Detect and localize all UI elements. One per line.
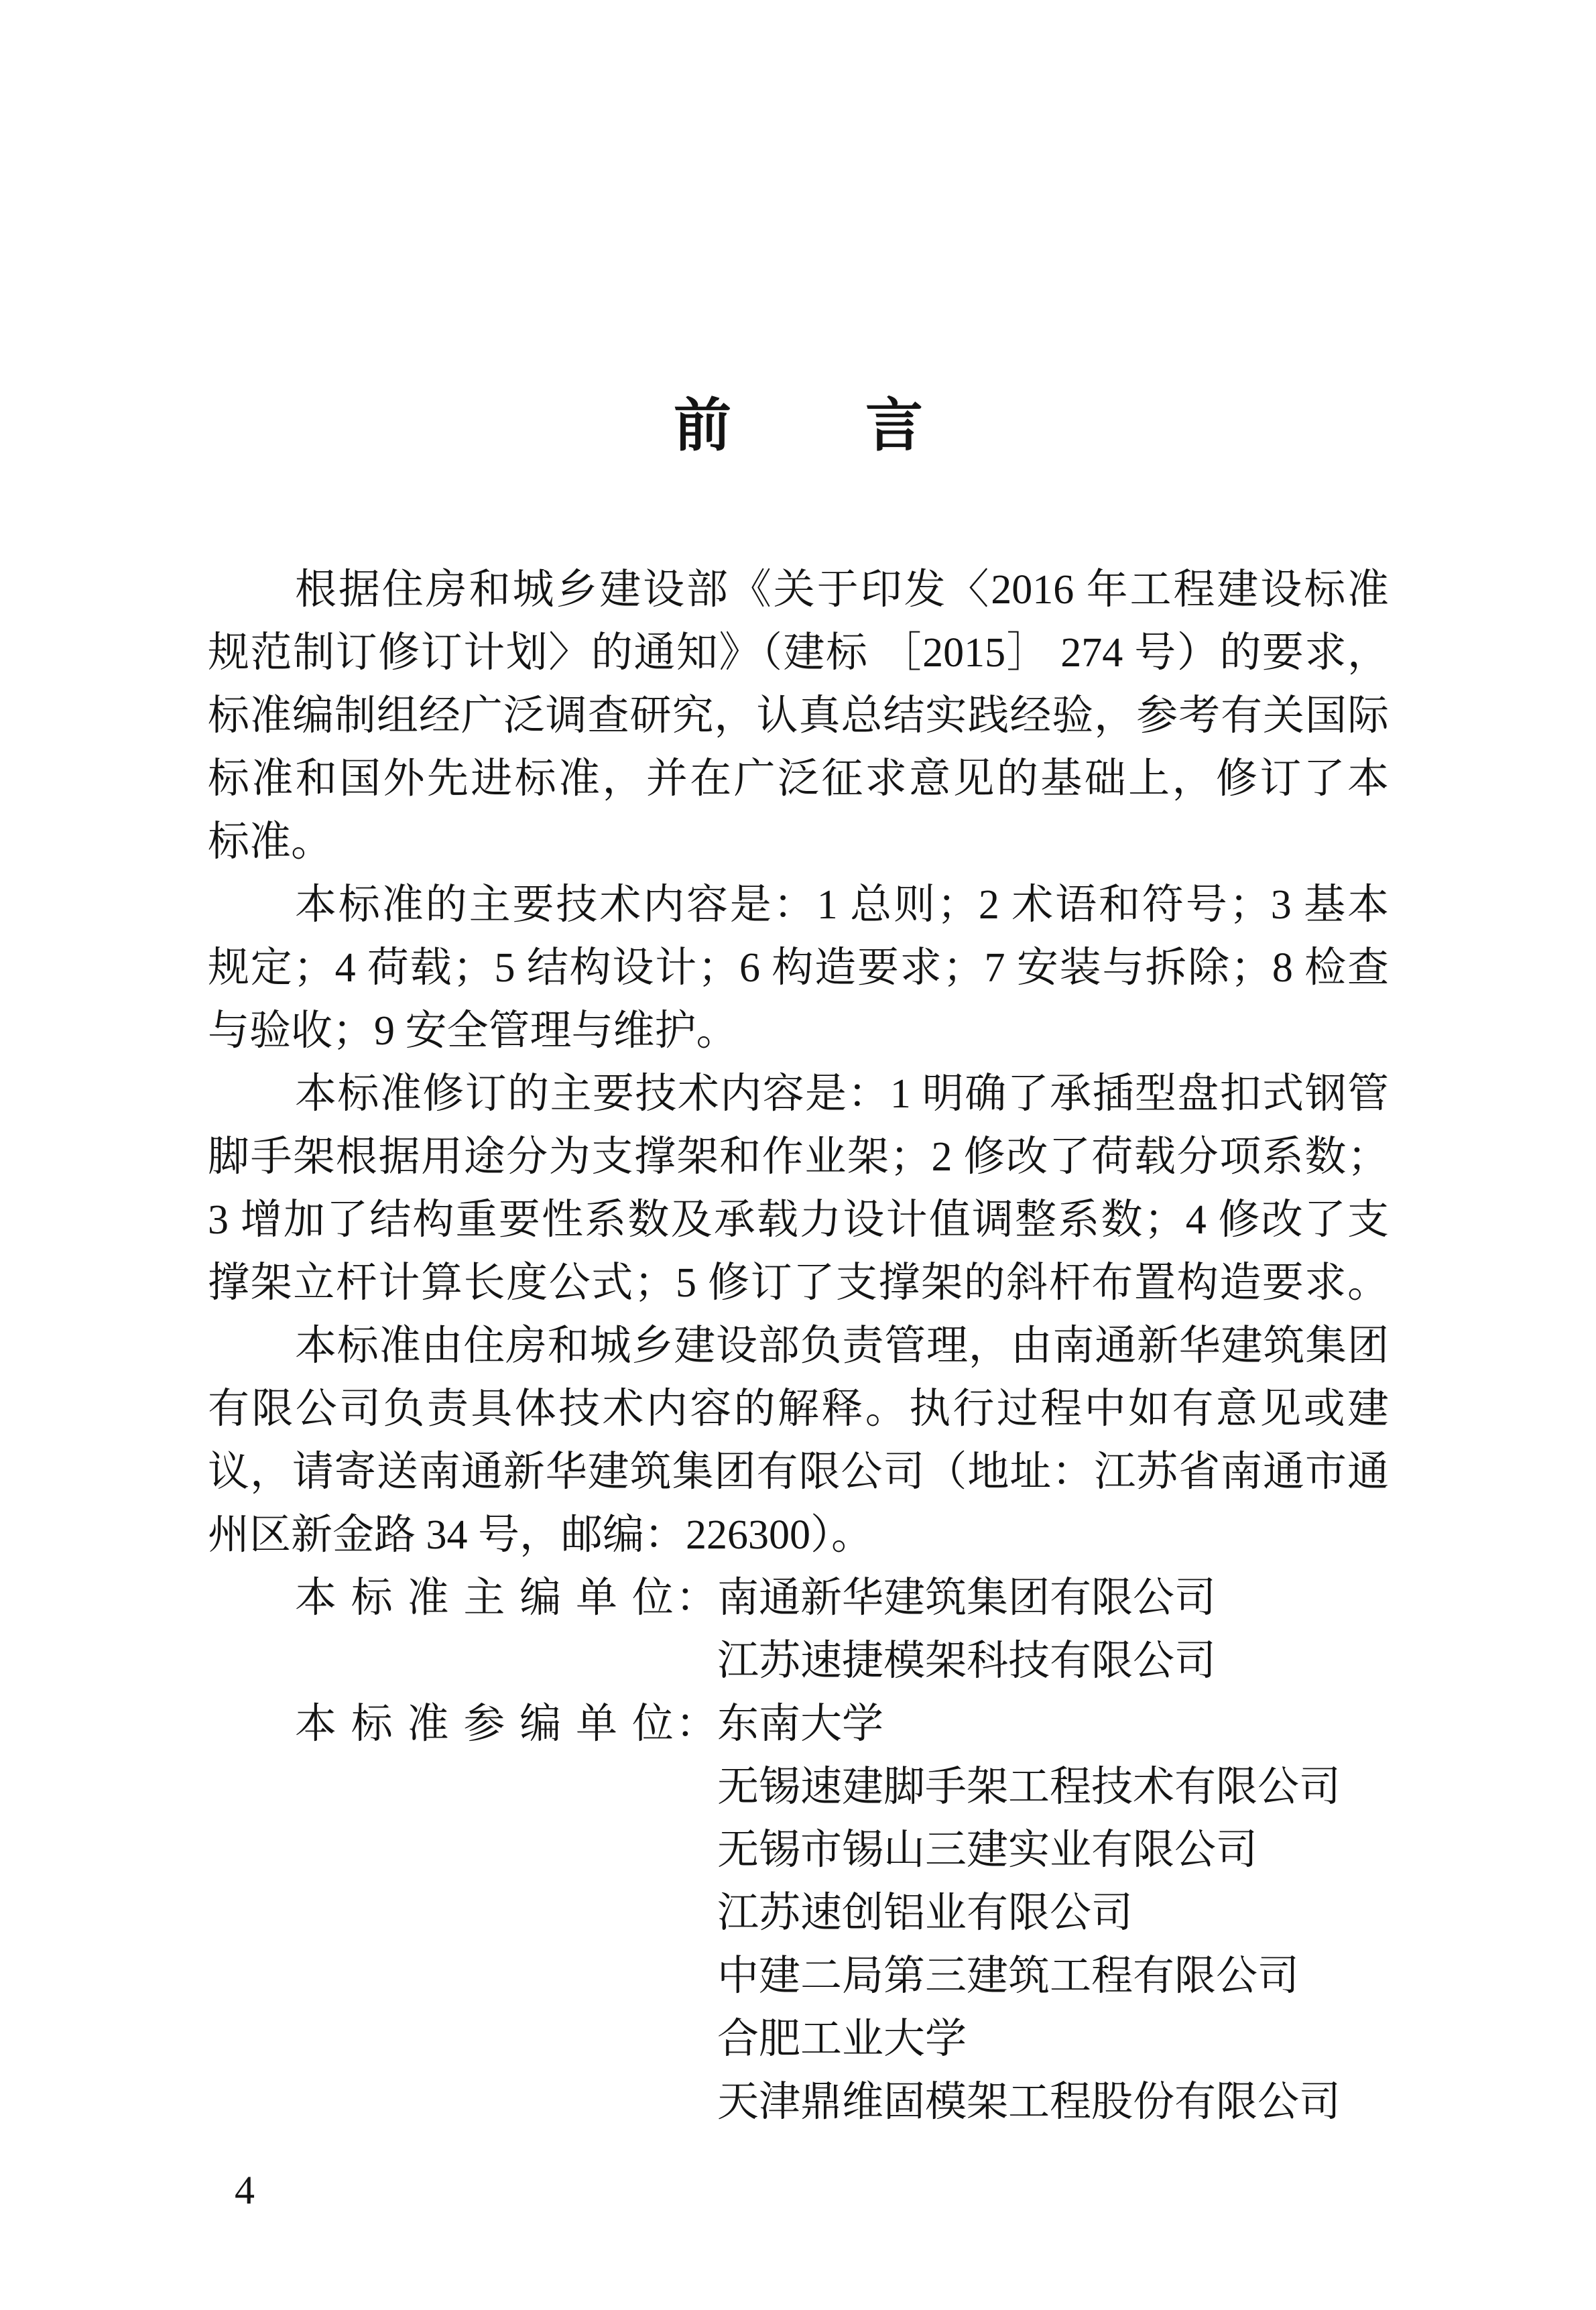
editor-unit-name: 江苏速捷模架科技有限公司 xyxy=(717,1630,1389,1693)
foreword-body: 根据住房和城乡建设部《关于印发〈2016 年工程建设标准 规范制订修订计划〉的通… xyxy=(208,558,1389,2134)
paragraph-line: 脚手架根据用途分为支撑架和作业架；2 修改了荷载分项系数； xyxy=(208,1126,1389,1189)
page-number: 4 xyxy=(235,2159,255,2222)
participating-editor-row: 合肥工业大学 xyxy=(208,2008,1389,2071)
paragraph-line: 有限公司负责具体技术内容的解释。执行过程中如有意见或建 xyxy=(208,1378,1389,1441)
foreword-title: 前 言 xyxy=(208,397,1389,454)
paragraph-line: 撑架立杆计算长度公式；5 修订了支撑架的斜杆布置构造要求。 xyxy=(208,1252,1389,1315)
editor-unit-name: 中建二局第三建筑工程有限公司 xyxy=(717,1945,1389,2008)
participating-editor-row: 江苏速创铝业有限公司 xyxy=(208,1882,1389,1945)
participating-editor-row: 无锡速建脚手架工程技术有限公司 xyxy=(208,1756,1389,1819)
paragraph-line: 标准和国外先进标准，并在广泛征求意见的基础上，修订了本 xyxy=(208,747,1389,810)
chief-editor-label: 本 标 准 主 编 单 位： xyxy=(295,1567,717,1630)
label-spacer xyxy=(295,1756,717,1819)
chief-editor-row: 江苏速捷模架科技有限公司 xyxy=(208,1630,1389,1693)
paragraph-line: 本标准由住房和城乡建设部负责管理，由南通新华建筑集团 xyxy=(208,1315,1389,1378)
participating-editor-row: 中建二局第三建筑工程有限公司 xyxy=(208,1945,1389,2008)
participating-editor-row: 天津鼎维固模架工程股份有限公司 xyxy=(208,2071,1389,2134)
paragraph-line: 3 增加了结构重要性系数及承载力设计值调整系数；4 修改了支 xyxy=(208,1189,1389,1252)
paragraph-line: 州区新金路 34 号，邮编：226300）。 xyxy=(208,1504,1389,1567)
editor-unit-name: 东南大学 xyxy=(717,1693,1389,1756)
paragraph-line: 根据住房和城乡建设部《关于印发〈2016 年工程建设标准 xyxy=(208,558,1389,621)
paragraph-line: 议，请寄送南通新华建筑集团有限公司（地址：江苏省南通市通 xyxy=(208,1441,1389,1504)
paragraph-line: 与验收；9 安全管理与维护。 xyxy=(208,999,1389,1062)
foreword-title-char-1: 前 xyxy=(674,397,731,454)
paragraph-line: 规定；4 荷载；5 结构设计；6 构造要求；7 安装与拆除；8 检查 xyxy=(208,936,1389,999)
participating-editor-row: 本 标 准 参 编 单 位： 东南大学 xyxy=(208,1693,1389,1756)
editor-unit-name: 天津鼎维固模架工程股份有限公司 xyxy=(717,2071,1389,2134)
paragraph-line: 本标准的主要技术内容是：1 总则；2 术语和符号；3 基本 xyxy=(208,873,1389,936)
chief-editor-row: 本 标 准 主 编 单 位： 南通新华建筑集团有限公司 xyxy=(208,1567,1389,1630)
label-spacer xyxy=(295,1819,717,1882)
paragraph-line: 标准。 xyxy=(208,810,1389,873)
editor-unit-name: 无锡市锡山三建实业有限公司 xyxy=(717,1819,1389,1882)
editor-unit-name: 江苏速创铝业有限公司 xyxy=(717,1882,1389,1945)
editor-unit-name: 南通新华建筑集团有限公司 xyxy=(717,1567,1389,1630)
participating-editor-label: 本 标 准 参 编 单 位： xyxy=(295,1693,717,1756)
paragraph-line: 本标准修订的主要技术内容是：1 明确了承插型盘扣式钢管 xyxy=(208,1062,1389,1126)
editor-unit-name: 无锡速建脚手架工程技术有限公司 xyxy=(717,1756,1389,1819)
paragraph-line: 标准编制组经广泛调查研究，认真总结实践经验，参考有关国际 xyxy=(208,684,1389,747)
document-page: 前 言 根据住房和城乡建设部《关于印发〈2016 年工程建设标准 规范制订修订计… xyxy=(0,0,1596,2310)
label-spacer xyxy=(295,2071,717,2134)
foreword-title-char-2: 言 xyxy=(865,397,923,454)
label-spacer xyxy=(295,1882,717,1945)
editor-unit-name: 合肥工业大学 xyxy=(717,2008,1389,2071)
label-spacer xyxy=(295,1630,717,1693)
paragraph-line: 规范制订修订计划〉的通知》（建标 ［2015］ 274 号）的要求， xyxy=(208,621,1389,684)
label-spacer xyxy=(295,1945,717,2008)
label-spacer xyxy=(295,2008,717,2071)
participating-editor-row: 无锡市锡山三建实业有限公司 xyxy=(208,1819,1389,1882)
